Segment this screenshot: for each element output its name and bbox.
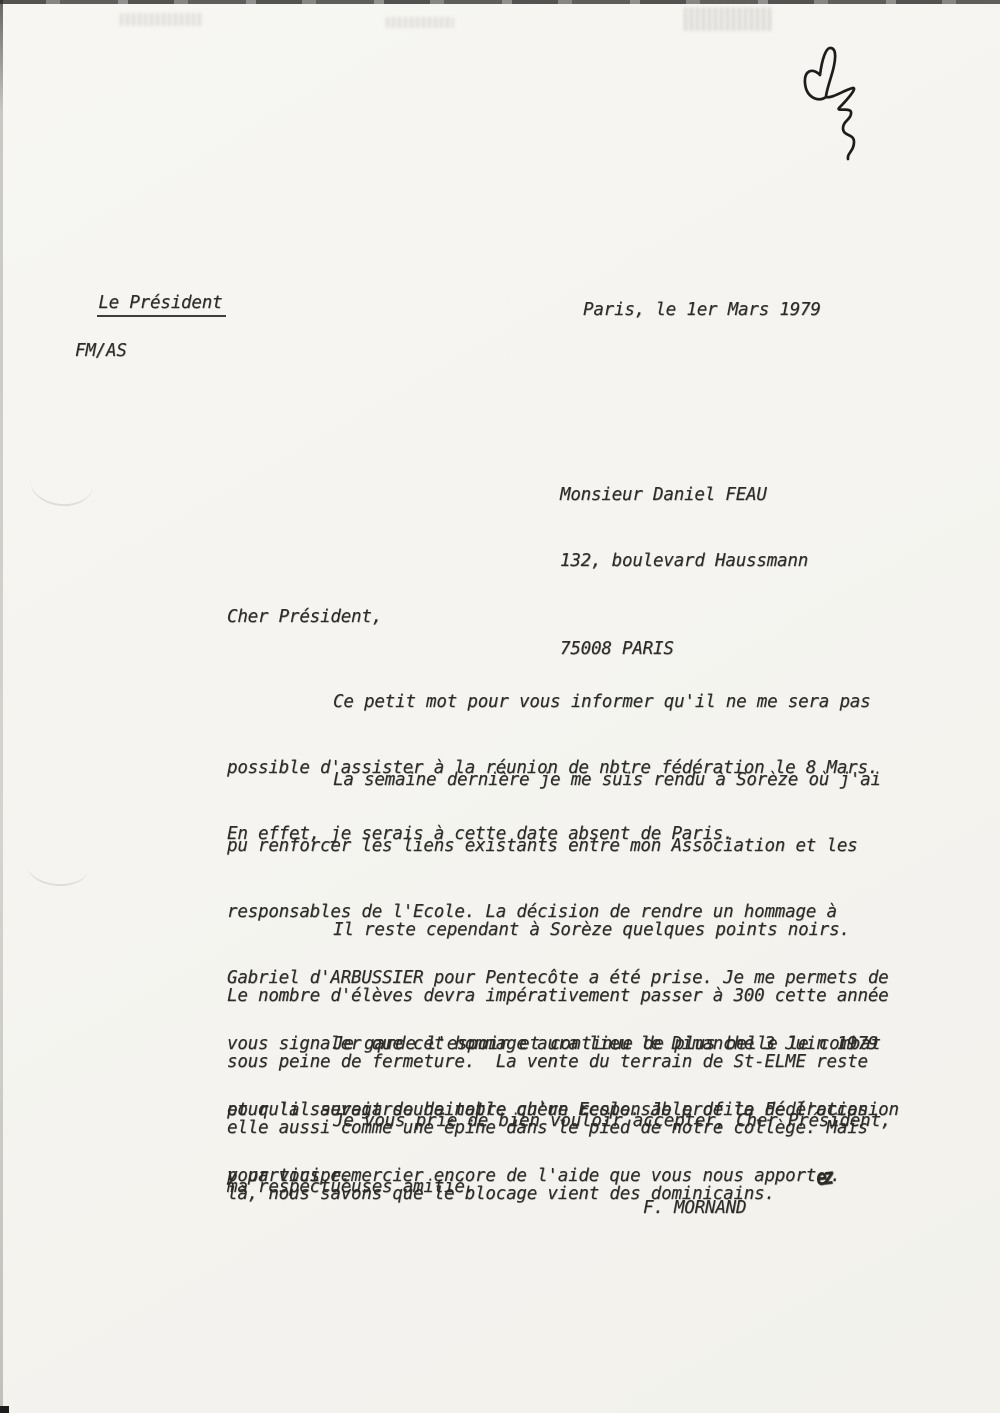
letter-line: La semaine dernière je me suis rendu à S…	[227, 769, 917, 791]
letter-line: Je vous prie de bien vouloir accepter, C…	[227, 1110, 917, 1132]
scan-left-edge	[0, 0, 3, 1413]
letter-line: Ce petit mot pour vous informer qu'il ne…	[227, 691, 917, 713]
sender-title: Le Président	[97, 292, 226, 317]
paper-fold-mark	[27, 848, 89, 888]
scan-corner-mark	[0, 1406, 9, 1413]
ghost-smudge	[120, 13, 202, 26]
letterhead: Le Président FM/AS	[56, 270, 226, 406]
letter-line: pu renforcer les liens existants entre m…	[227, 835, 917, 857]
signature-name: F. MORNAND	[643, 1197, 746, 1219]
recipient-name: Monsieur Daniel FEAU	[560, 484, 808, 506]
letter-line: ma respectueuses amitié.	[227, 1176, 917, 1198]
scan-top-edge	[0, 0, 1000, 4]
paragraph-5: Je vous prie de bien vouloir accepter, C…	[227, 1066, 917, 1242]
recipient-street: 132, boulevard Haussmann	[560, 550, 808, 572]
salutation: Cher Président,	[227, 606, 382, 628]
ghost-smudge	[386, 17, 454, 28]
ghost-smudge	[684, 7, 772, 31]
handwritten-initials-icon	[798, 44, 898, 164]
sender-reference: FM/AS	[75, 340, 226, 362]
letter-line: Il reste cependant à Sorèze quelques poi…	[227, 919, 917, 941]
letter-page: Le Président FM/AS Paris, le 1er Mars 19…	[0, 0, 1000, 1413]
letter-line: Je garde l'espoir et continue de plus be…	[227, 1033, 917, 1055]
paper-fold-mark	[28, 455, 97, 509]
dateline: Paris, le 1er Mars 1979	[583, 299, 821, 321]
